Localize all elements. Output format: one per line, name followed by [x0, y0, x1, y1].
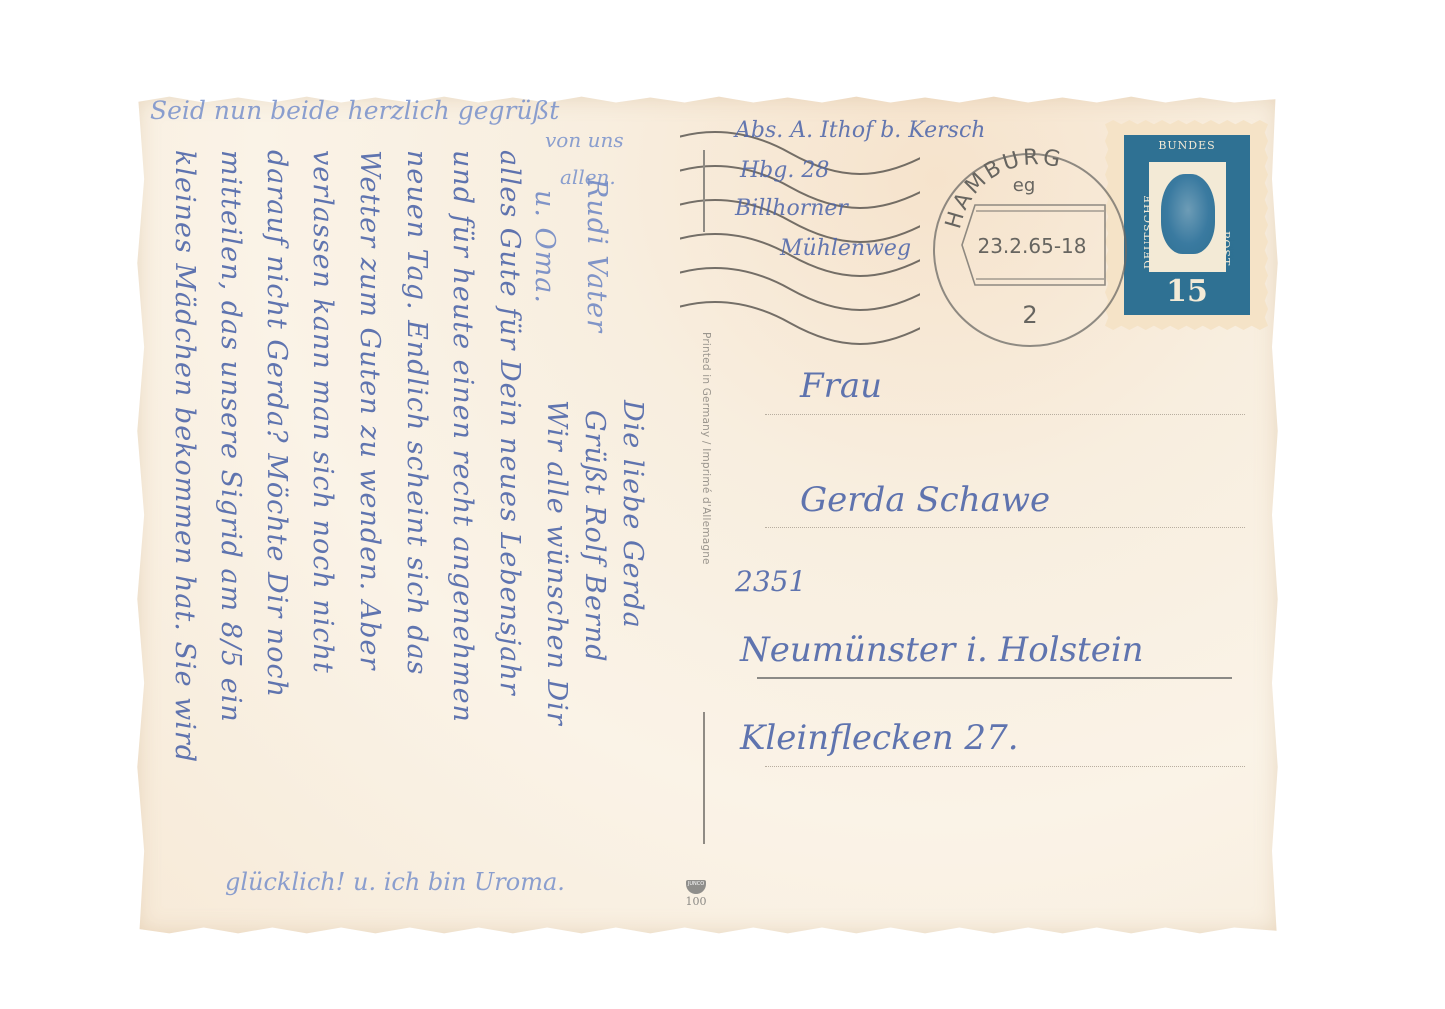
sender-line-4: Mühlenweg: [780, 236, 911, 261]
message-column: darauf nicht Gerda? Möchte Dir noch: [261, 150, 292, 698]
message-column: kleines Mädchen bekommen hat. Sie wird: [169, 150, 200, 763]
publisher-shield-icon: JUNCO: [686, 880, 706, 894]
message-column: und für heute einen recht angenehmen: [447, 150, 478, 723]
message-column: Die liebe Gerda: [617, 400, 648, 629]
stamp-bundes-text: BUNDES: [1124, 139, 1250, 152]
sender-line-2: Hbg. 28: [740, 158, 829, 183]
address-line-1: [765, 414, 1245, 415]
message-column: neuen Tag. Endlich scheint sich das: [401, 150, 432, 676]
message-column: Grüßt Rolf Bernd: [579, 410, 610, 663]
address-line-2: [765, 527, 1245, 528]
divider-top: [703, 150, 705, 232]
series-number: 100: [685, 895, 707, 908]
message-column: alles Gute für Dein neues Lebensjahr: [494, 150, 525, 696]
printed-in-germany-text: Printed in Germany / Imprimé d'Allemagne: [700, 332, 712, 565]
recipient-postal-code: 2351: [735, 565, 806, 598]
address-line-4: [765, 766, 1245, 767]
stamp-portrait: Luther: [1149, 162, 1226, 272]
recipient-salutation: Frau: [800, 366, 882, 406]
stamp-frame: BUNDES DEUTSCHE Luther POST 15: [1124, 135, 1250, 315]
message-column: mitteilen, das unsere Sigrid am 8/5 ein: [215, 150, 246, 723]
recipient-name: Gerda Schawe: [800, 480, 1050, 520]
message-bottom-line: glücklich! u. ich bin Uroma.: [225, 868, 565, 896]
divider-bottom: [703, 712, 705, 844]
message-column: u. Oma.: [529, 190, 560, 304]
sender-line-1: Abs. A. Ithof b. Kersch: [735, 118, 985, 143]
postage-stamp: BUNDES DEUTSCHE Luther POST 15: [1105, 120, 1268, 330]
message-top-line: Seid nun beide herzlich gegrüßt: [150, 96, 559, 125]
message-column: Wetter zum Guten zu wenden. Aber: [354, 150, 385, 670]
address-line-3-underline: [757, 677, 1232, 679]
portrait-face-icon: [1161, 174, 1215, 254]
publisher-logo: JUNCO 100: [685, 880, 707, 908]
message-greeting-von-uns: von uns: [545, 128, 624, 152]
recipient-street: Kleinflecken 27.: [740, 718, 1019, 758]
stamp-post-text: POST: [1219, 231, 1232, 266]
sender-line-3: Billhorner: [735, 196, 848, 221]
message-column: verlassen kann man sich noch nicht: [307, 150, 338, 674]
recipient-city: Neumünster i. Holstein: [740, 630, 1144, 670]
message-column: Wir alle wünschen Dir: [541, 400, 572, 726]
stamp-value: 15: [1124, 274, 1250, 309]
message-column: Rudi Vater: [581, 178, 612, 333]
